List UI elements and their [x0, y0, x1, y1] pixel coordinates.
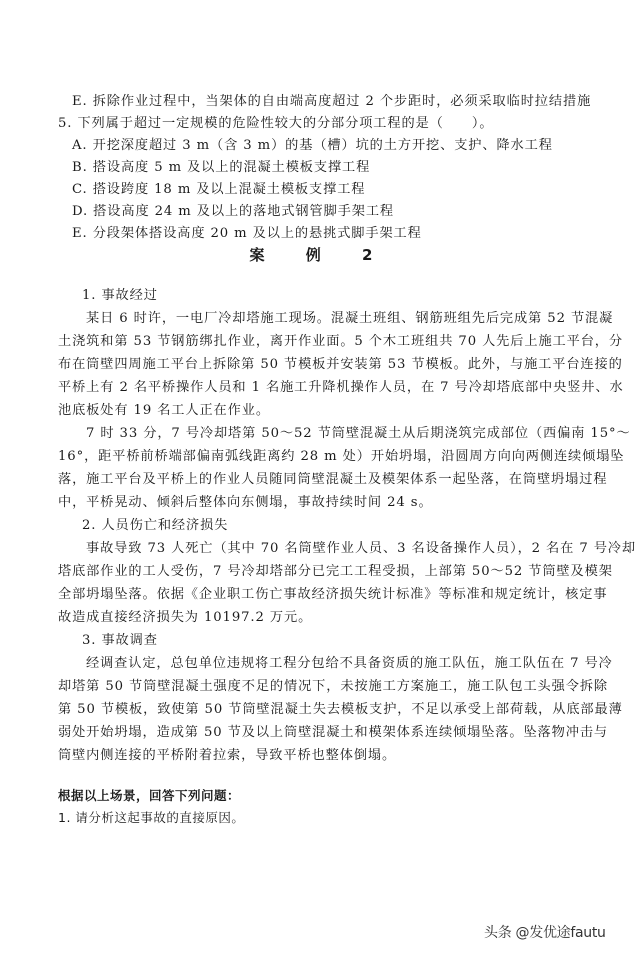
question-5-option-d: D. 搭设高度 24 m 及以上的落地式钢管脚手架工程	[72, 202, 394, 222]
section-1-line: 7 时 33 分，7 号冷却塔第 50～52 节筒壁混凝土从后期浇筑完成部位（西…	[86, 424, 631, 444]
questions-intro: 根据以上场景，回答下列问题：	[58, 786, 240, 806]
section-3-line: 第 50 节模板，致使第 50 节筒壁混凝土失去模板支护，不足以承受上部荷载，从…	[58, 700, 623, 720]
section-1-line: 布在筒壁四周施工平台上拆除第 50 节模板并安装第 53 节模板。此外，与施工平…	[58, 355, 623, 375]
question-5-stem: 5. 下列属于超过一定规模的危险性较大的分部分项工程的是（ ）。	[58, 114, 494, 134]
question-5-option-c: C. 搭设跨度 18 m 及以上混凝土模板支撑工程	[72, 180, 365, 200]
prev-option-e: E. 拆除作业过程中，当架体的自由端高度超过 2 个步距时，必须采取临时拉结措施	[72, 92, 591, 112]
section-1-line: 16°，距平桥前桥端部偏南弧线距离约 28 m 处）开始坍塌，沿圆周方向向两侧连…	[58, 447, 624, 467]
section-3-line: 却塔第 50 节筒壁混凝土强度不足的情况下，未按施工方案施工，施工队包工头强令拆…	[58, 677, 608, 697]
section-1-heading: 1. 事故经过	[82, 286, 158, 306]
section-1-line: 落，施工平台及平桥上的作业人员随同筒壁混凝土及模架体系一起坠落，在筒壁坍塌过程	[58, 470, 607, 490]
section-1-line: 中，平桥晃动、倾斜后整体向东侧塌，事故持续时间 24 s。	[58, 493, 433, 513]
section-2-line: 事故导致 73 人死亡（其中 70 名筒壁作业人员、3 名设备操作人员），2 名…	[86, 539, 636, 559]
section-1-line: 某日 6 时许，一电厂冷却塔施工现场。混凝土班组、钢筋班组先后完成第 52 节混…	[86, 309, 578, 329]
section-3-line: 经调查认定，总包单位违规将工程分包给不具备资质的施工队伍，施工队伍在 7 号冷	[86, 654, 613, 674]
section-1-line: 平桥上有 2 名平桥操作人员和 1 名施工升降机操作人员，在 7 号冷却塔底部中…	[58, 378, 624, 398]
section-2-line: 塔底部作业的工人受伤，7 号冷却塔部分已完工工程受损，上部第 50～52 节筒壁…	[58, 562, 613, 582]
section-2-line: 全部坍塌坠落。依据《企业职工伤亡事故经济损失统计标准》等标准和规定统计，核定事	[58, 585, 607, 605]
section-1-line: 土浇筑和第 53 节钢筋绑扎作业，离开作业面。5 个木工班组共 70 人先后上施…	[58, 332, 623, 352]
section-2-heading: 2. 人员伤亡和经济损失	[82, 516, 228, 536]
watermark: 头条 @发优途fautu	[484, 922, 606, 942]
question-5-option-e: E. 分段架体搭设高度 20 m 及以上的悬挑式脚手架工程	[72, 224, 422, 244]
document-page: E. 拆除作业过程中，当架体的自由端高度超过 2 个步距时，必须采取临时拉结措施…	[0, 0, 640, 958]
question-5-option-b: B. 搭设高度 5 m 及以上的混凝土模板支撑工程	[72, 158, 370, 178]
question-5-option-a: A. 开挖深度超过 3 m（含 3 m）的基（槽）坑的土方开挖、支护、降水工程	[72, 136, 553, 156]
question-1: 1. 请分析这起事故的直接原因。	[58, 808, 244, 828]
section-1-line: 池底板处有 19 名工人正在作业。	[58, 401, 270, 421]
section-2-line: 故造成直接经济损失为 10197.2 万元。	[58, 608, 312, 628]
case-title: 案 例 2	[0, 244, 640, 265]
section-3-line: 筒壁内侧连接的平桥附着拉索，导致平桥也整体倒塌。	[58, 746, 396, 766]
section-3-line: 弱处开始坍塌，造成第 50 节及以上筒壁混凝土和模架体系连续倾塌坠落。坠落物冲击…	[58, 723, 608, 743]
section-3-heading: 3. 事故调查	[82, 631, 158, 651]
